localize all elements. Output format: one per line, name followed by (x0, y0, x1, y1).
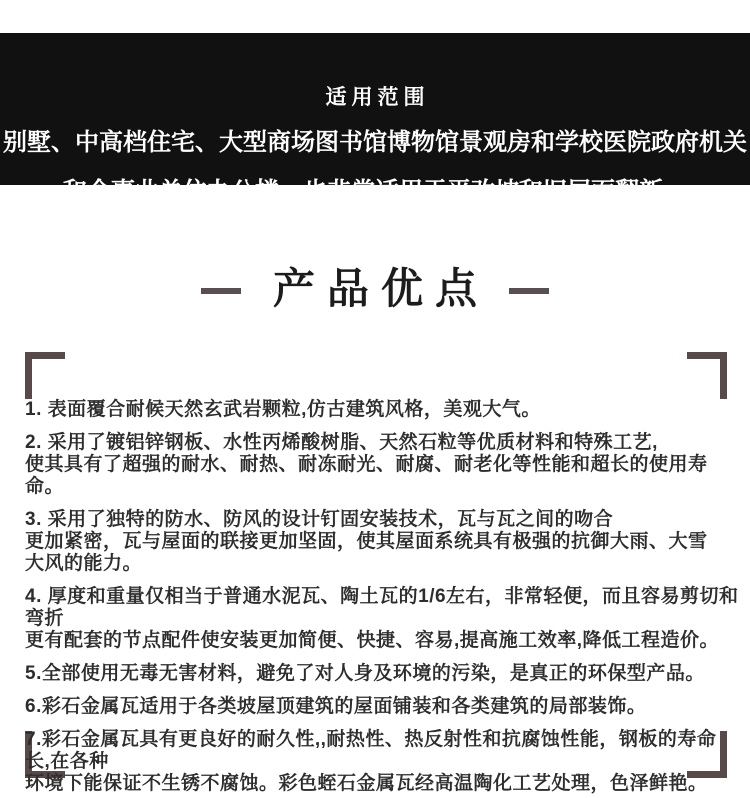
frame-corner-top-left (25, 352, 65, 399)
advantage-item-4: 4. 厚度和重量仅相当于普通水泥瓦、陶土瓦的1/6左右，非常轻便，而且容易剪切和… (25, 586, 741, 652)
left-dash-decoration (201, 288, 241, 294)
banner-title: 适用范围 (0, 81, 750, 111)
advantage-item-3: 3. 采用了独特的防水、防风的设计钉固安装技术，瓦与瓦之间的吻合 更加紧密，瓦与… (25, 509, 741, 575)
advantage-item-2: 2. 采用了镀铝锌钢板、水性丙烯酸树脂、天然石粒等优质材料和特殊工艺, 使其具有… (25, 432, 741, 498)
advantage-item-6: 6.彩石金属瓦适用于各类坡屋顶建筑的屋面铺装和各类建筑的局部装饰。 (25, 696, 741, 718)
right-dash-decoration (509, 288, 549, 294)
advantage-item-7: 7.彩石金属瓦具有更良好的耐久性,,耐热性、热反射性和抗腐蚀性能，钢板的寿命长,… (25, 729, 741, 795)
banner-text-line1: 别墅、中高档住宅、大型商场图书馆博物馆景观房和学校医院政府机关 (0, 122, 750, 157)
product-detail-page: 适用范围 别墅、中高档住宅、大型商场图书馆博物馆景观房和学校医院政府机关 和企事… (0, 0, 750, 798)
advantage-item-1: 1. 表面覆合耐候天然玄武岩颗粒,仿古建筑风格，美观大气。 (25, 399, 741, 421)
banner-text-line2: 和企事业单位办公楼，也非常适用于平改坡和旧屋面翻新。 (0, 171, 750, 206)
section-title-row: 产品优点 (0, 260, 750, 312)
section-title: 产品优点 (261, 256, 489, 316)
frame-corner-top-right (687, 352, 727, 399)
application-scope-banner: 适用范围 别墅、中高档住宅、大型商场图书馆博物馆景观房和学校医院政府机关 和企事… (0, 33, 750, 185)
advantage-item-5: 5.全部使用无毒无害材料，避免了对人身及环境的污染，是真正的环保型产品。 (25, 663, 741, 685)
advantages-list: 1. 表面覆合耐候天然玄武岩颗粒,仿古建筑风格，美观大气。 2. 采用了镀铝锌钢… (25, 399, 741, 798)
